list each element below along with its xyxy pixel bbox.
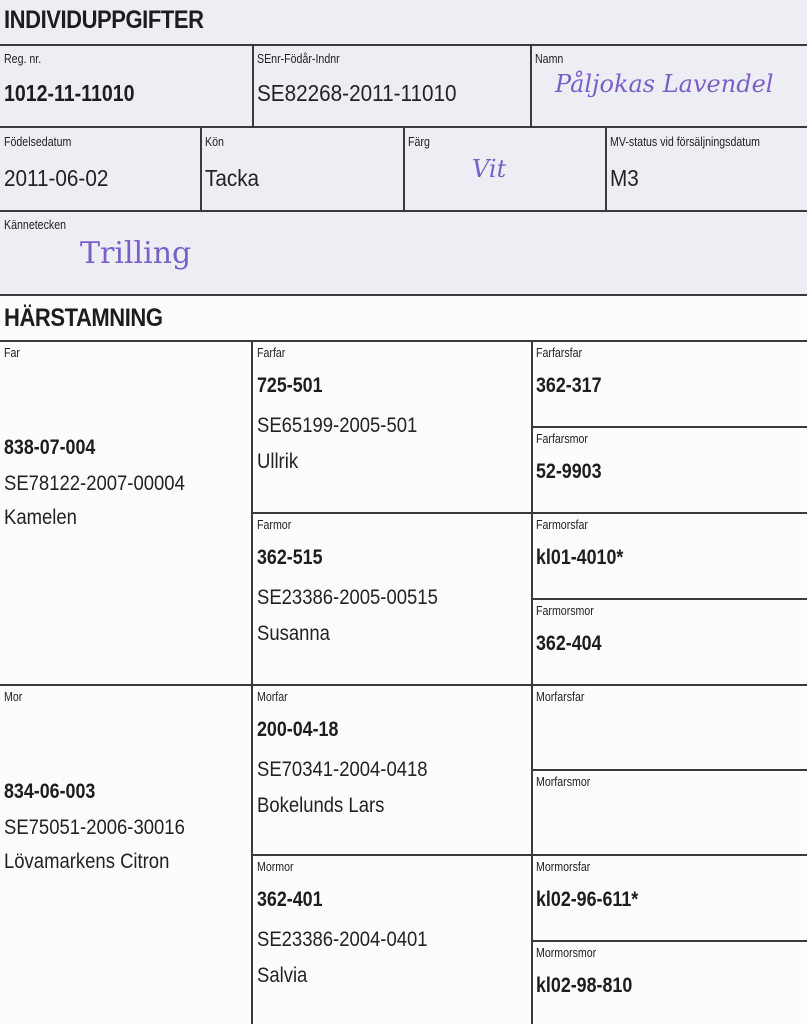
- far-senr: SE78122-2007-00004: [4, 472, 185, 496]
- pedigree-mormorsfar: Mormorsfar kl02-96-611*: [536, 860, 656, 912]
- kon-field: Kön Tacka: [205, 135, 265, 192]
- fodelsedatum-field: Födelsedatum 2011-06-02: [4, 135, 120, 192]
- farg-label: Färg: [408, 135, 491, 149]
- mv-status-value: M3: [610, 165, 769, 192]
- farmor-label: Farmor: [257, 518, 432, 532]
- kon-label: Kön: [205, 135, 256, 149]
- morfarsmor-label: Morfarsmor: [536, 775, 590, 789]
- pedigree-morfarsmor: Morfarsmor: [536, 775, 600, 803]
- morfar-name: Bokelunds Lars: [257, 794, 428, 818]
- mv-status-label: MV-status vid försäljningsdatum: [610, 135, 760, 149]
- senr-field: SEnr-Födår-Indnr SE82268-2011-11010: [257, 52, 479, 107]
- pedigree-morfar: Morfar 200-04-18 SE70341-2004-0418 Bokel…: [257, 690, 451, 818]
- mormorsfar-label: Mormorsfar: [536, 860, 638, 874]
- senr-label: SEnr-Födår-Indnr: [257, 52, 445, 66]
- pedigree-farfarsfar: Farfarsfar 362-317: [536, 346, 613, 398]
- reg-nr-field: Reg. nr. 1012-11-11010: [4, 52, 158, 107]
- kon-value: Tacka: [205, 165, 259, 192]
- mor-senr: SE75051-2006-30016: [4, 816, 185, 840]
- farg-value: Vit: [472, 155, 506, 183]
- farfarsmor-id: 52-9903: [536, 460, 602, 484]
- mor-name: Lövamarkens Citron: [4, 850, 185, 874]
- senr-value: SE82268-2011-11010: [257, 80, 457, 107]
- farfar-senr: SE65199-2005-501: [257, 414, 417, 438]
- kannetecken-label: Kännetecken: [4, 218, 163, 232]
- harstamning-heading: HÄRSTAMNING: [4, 304, 163, 333]
- pedigree-morfarsfar: Morfarsfar: [536, 690, 593, 718]
- morfar-label: Morfar: [257, 690, 422, 704]
- farfarsmor-label: Farfarsmor: [536, 432, 602, 446]
- namn-value: Påljokas Lavendel: [555, 70, 773, 98]
- morfarsfar-label: Morfarsfar: [536, 690, 584, 704]
- mor-id: 834-06-003: [4, 780, 179, 804]
- farmorsmor-label: Farmorsmor: [536, 604, 602, 618]
- kannetecken-value: Trilling: [80, 236, 191, 271]
- farg-field: Färg Vit: [408, 135, 506, 183]
- mormor-senr: SE23386-2004-0401: [257, 928, 428, 952]
- far-id: 838-07-004: [4, 436, 179, 460]
- pedigree-farmor: Farmor 362-515 SE23386-2005-00515 Susann…: [257, 518, 463, 646]
- mormor-name: Salvia: [257, 964, 428, 988]
- mor-label: Mor: [4, 690, 179, 704]
- farfarsfar-label: Farfarsfar: [536, 346, 602, 360]
- pedigree-far: Far 838-07-004 SE78122-2007-00004 Kamele…: [4, 346, 210, 530]
- reg-nr-value: 1012-11-11010: [4, 80, 134, 107]
- reg-nr-label: Reg. nr.: [4, 52, 134, 66]
- farmor-name: Susanna: [257, 622, 438, 646]
- individ-heading: INDIVIDUPPGIFTER: [4, 6, 204, 35]
- farmorsmor-id: 362-404: [536, 632, 602, 656]
- farmorsfar-label: Farmorsfar: [536, 518, 623, 532]
- pedigree-mormor: Mormor 362-401 SE23386-2004-0401 Salvia: [257, 860, 451, 988]
- mormor-id: 362-401: [257, 888, 422, 912]
- fodelsedatum-label: Födelsedatum: [4, 135, 103, 149]
- far-name: Kamelen: [4, 506, 185, 530]
- morfar-senr: SE70341-2004-0418: [257, 758, 428, 782]
- kannetecken-field: Kännetecken Trilling: [4, 218, 191, 271]
- pedigree-farfarsmor: Farfarsmor 52-9903: [536, 432, 613, 484]
- namn-label: Namn: [535, 52, 738, 66]
- mormor-label: Mormor: [257, 860, 422, 874]
- farmor-id: 362-515: [257, 546, 432, 570]
- namn-field: Namn Påljokas Lavendel: [535, 52, 773, 98]
- farmorsfar-id: kl01-4010*: [536, 546, 623, 570]
- pedigree-farmorsfar: Farmorsfar kl01-4010*: [536, 518, 639, 570]
- farfar-name: Ullrik: [257, 450, 417, 474]
- farmor-senr: SE23386-2005-00515: [257, 586, 438, 610]
- pedigree-mormorsmor: Mormorsmor kl02-98-810: [536, 946, 649, 998]
- pedigree-mor: Mor 834-06-003 SE75051-2006-30016 Lövama…: [4, 690, 210, 874]
- farfar-label: Farfar: [257, 346, 412, 360]
- far-label: Far: [4, 346, 179, 360]
- fodelsedatum-value: 2011-06-02: [4, 165, 108, 192]
- farfarsfar-id: 362-317: [536, 374, 602, 398]
- mormorsfar-id: kl02-96-611*: [536, 888, 638, 912]
- morfar-id: 200-04-18: [257, 718, 422, 742]
- mormorsmor-label: Mormorsmor: [536, 946, 632, 960]
- pedigree-farmorsmor: Farmorsmor 362-404: [536, 604, 613, 656]
- farfar-id: 725-501: [257, 374, 412, 398]
- pedigree-farfar: Farfar 725-501 SE65199-2005-501 Ullrik: [257, 346, 439, 474]
- mv-status-field: MV-status vid försäljningsdatum M3: [610, 135, 786, 192]
- mormorsmor-id: kl02-98-810: [536, 974, 632, 998]
